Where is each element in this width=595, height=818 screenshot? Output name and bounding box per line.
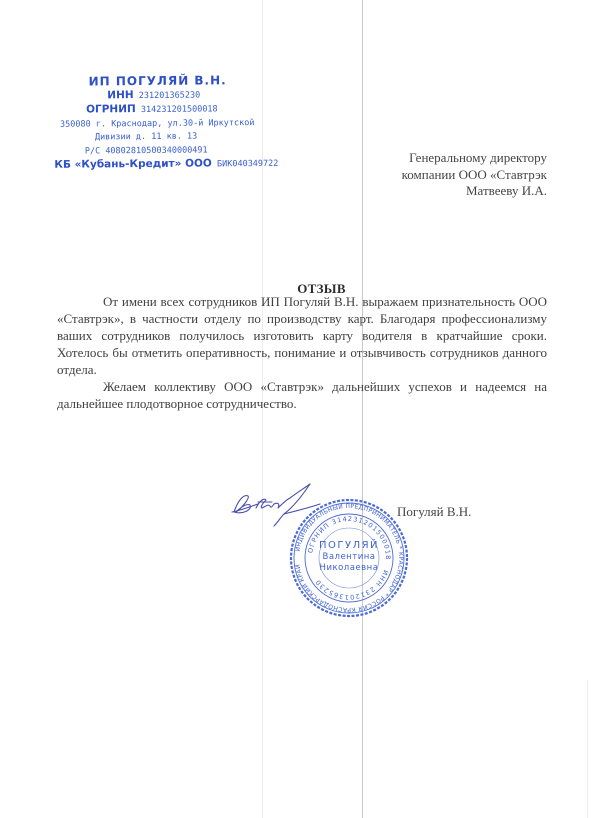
stamp-inn-label: ИНН — [107, 89, 133, 101]
stamp-company-name: ИП ПОГУЛЯЙ В.Н. — [54, 74, 234, 89]
seal-patronymic: Николаевна — [288, 563, 410, 575]
addressee-block: Генеральному директору компании ООО «Ста… — [402, 150, 547, 200]
seal-center: ПОГУЛЯЙ Валентина Николаевна — [288, 540, 410, 575]
stamp-inn-value: 231201365230 — [139, 90, 201, 101]
paper-fold-line — [587, 680, 588, 818]
stamp-account-value: 40802810500340000491 — [105, 145, 207, 156]
stamp-account-label: Р/С — [85, 146, 100, 156]
company-stamp: ИП ПОГУЛЯЙ В.Н. ИНН 231201365230 ОГРНИП … — [54, 74, 235, 173]
signer-name: Погуляй В.Н. — [397, 504, 471, 520]
seal-first-name: Валентина — [288, 552, 410, 564]
addressee-line: Матвееву И.А. — [402, 183, 547, 200]
stamp-ogrnip-label: ОГРНИП — [86, 103, 136, 115]
addressee-line: компании ООО «Ставтрэк — [402, 167, 547, 184]
round-seal: ИНДИВИДУАЛЬНЫЙ ПРЕДПРИНИМАТЕЛЬ * КРАСНОД… — [288, 497, 410, 619]
body-paragraph: От имени всех сотрудников ИП Погуляй В.Н… — [57, 293, 547, 378]
stamp-bik-value: 040349722 — [232, 159, 278, 169]
document-body: От имени всех сотрудников ИП Погуляй В.Н… — [57, 293, 547, 412]
stamp-bik-label: БИК — [217, 159, 232, 169]
stamp-bank: КБ «Кубань-Кредит» ООО БИК040349722 — [54, 157, 234, 173]
seal-surname: ПОГУЛЯЙ — [288, 540, 410, 552]
body-paragraph: Желаем коллективу ООО «Ставтрэк» дальней… — [57, 378, 547, 412]
addressee-line: Генеральному директору — [402, 150, 547, 167]
stamp-address-line1: 350080 г. Краснодар, ул.30-й Иркутской — [54, 117, 234, 132]
stamp-ogrnip: ОГРНИП 314231201500018 — [54, 102, 234, 118]
stamp-ogrnip-value: 314231201500018 — [141, 104, 218, 115]
stamp-inn: ИНН 231201365230 — [54, 88, 234, 104]
stamp-bank-name: КБ «Кубань-Кредит» ООО — [54, 157, 212, 170]
